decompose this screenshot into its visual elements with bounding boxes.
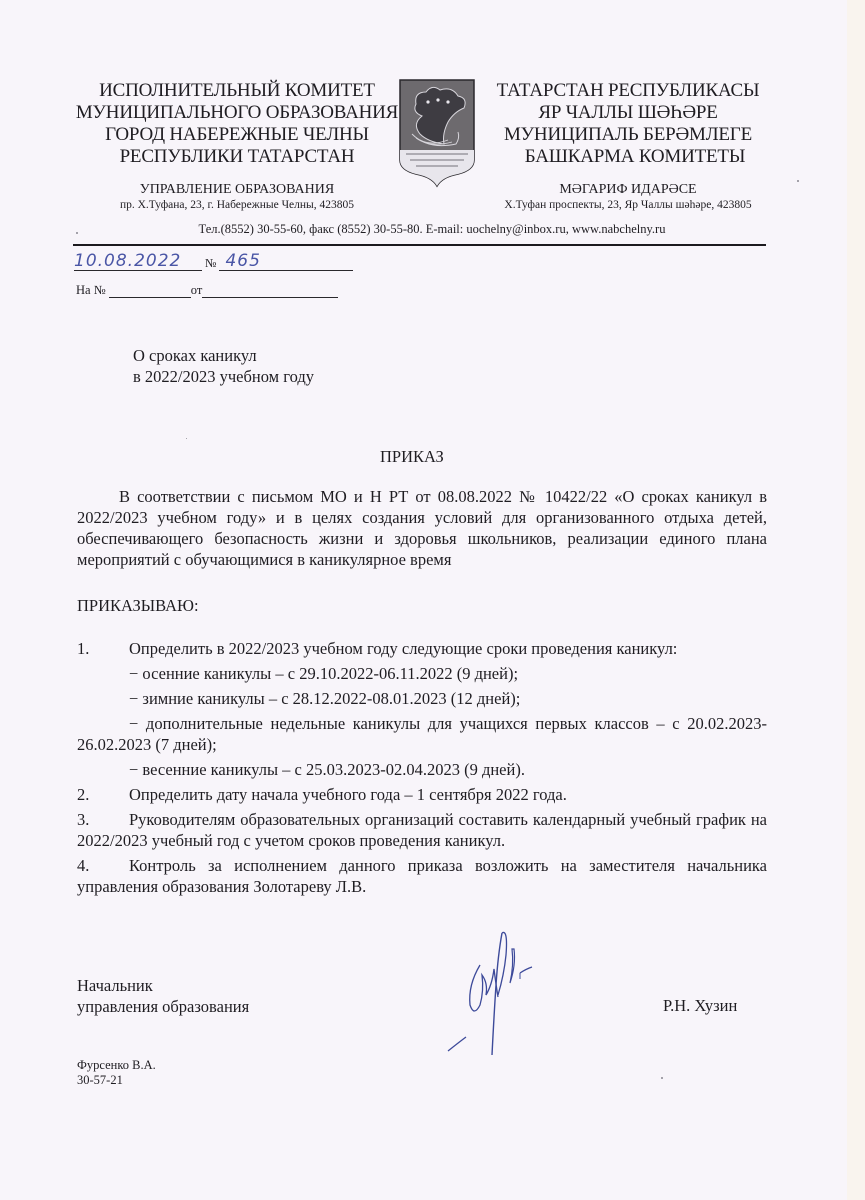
reference-from: от [191,283,203,297]
order-item-1: 1. Определить в 2022/2023 учебном году с… [77,638,767,659]
item-number: 1. [77,638,129,659]
contact-info: Тел.(8552) 30-55-60, факс (8552) 30-55-8… [72,222,792,237]
order-item-3: 3.Руководителям образовательных организа… [77,809,767,851]
registration-number: 465 [219,252,353,271]
holiday-spring: − весенние каникулы – с 25.03.2023-02.04… [77,759,767,780]
scan-speck [797,180,799,182]
holiday-first-grade: − дополнительные недельные каникулы для … [77,713,767,755]
item-text: Контроль за исполнением данного приказа … [77,856,767,896]
reference-line: На № от [76,283,338,298]
scan-speck [76,232,78,234]
item-number: 3. [77,809,129,830]
department-address: Х.Туфан проспекты, 23, Яр Чаллы шәһәре, … [478,198,778,212]
order-item-4: 4.Контроль за исполнением данного приказ… [77,855,767,897]
department-address: пр. Х.Туфана, 23, г. Набережные Челны, 4… [72,198,402,212]
org-line: ГОРОД НАБЕРЕЖНЫЕ ЧЕЛНЫ [72,124,402,146]
item-number: 4. [77,855,129,876]
item-text: Руководителям образовательных организаци… [77,810,767,850]
scan-speck [186,438,187,439]
coat-of-arms-icon [398,78,476,188]
number-sign: № [202,256,219,270]
order-word: ПРИКАЗЫВАЮ: [77,596,199,616]
page-edge [847,0,865,1200]
scan-speck [661,1077,663,1079]
subject: О сроках каникул в 2022/2023 учебном год… [133,345,314,387]
department-name: УПРАВЛЕНИЕ ОБРАЗОВАНИЯ [72,182,402,198]
letterhead-left: ИСПОЛНИТЕЛЬНЫЙ КОМИТЕТ МУНИЦИПАЛЬНОГО ОБ… [72,80,402,212]
registration-date: 10.08.2022 [74,252,202,271]
document-title: ПРИКАЗ [380,447,444,467]
reference-number-blank [109,285,191,298]
org-line: ИСПОЛНИТЕЛЬНЫЙ КОМИТЕТ [72,80,402,102]
holiday-winter: − зимние каникулы – с 28.12.2022-08.01.2… [77,688,767,709]
letterhead-divider [73,244,766,246]
signer-name: Р.Н. Хузин [663,996,737,1016]
org-line: МУНИЦИПАЛЬНОГО ОБРАЗОВАНИЯ [72,102,402,124]
department-name: МӘГАРИФ ИДАРӘСЕ [478,182,778,198]
subject-line: О сроках каникул [133,345,314,366]
registration-line: 10.08.2022№465 [74,252,353,274]
org-line: РЕСПУБЛИКИ ТАТАРСТАН [72,146,402,168]
reference-date-blank [202,285,338,298]
handwritten-signature-icon [440,925,560,1060]
position-line: Начальник [77,975,249,996]
executor-phone: 30-57-21 [77,1073,156,1088]
signer-position: Начальник управления образования [77,975,249,1017]
order-items: 1. Определить в 2022/2023 учебном году с… [77,638,767,901]
org-line: ЯР ЧАЛЛЫ ШӘҺӘРЕ [478,102,778,124]
letterhead-right: ТАТАРСТАН РЕСПУБЛИКАСЫ ЯР ЧАЛЛЫ ШӘҺӘРЕ М… [478,80,778,212]
reference-prefix: На № [76,283,106,297]
preamble: В соответствии с письмом МО и Н РТ от 08… [77,486,767,570]
executor-name: Фурсенко В.А. [77,1058,156,1073]
subject-line: в 2022/2023 учебном году [133,366,314,387]
item-text: Определить в 2022/2023 учебном году след… [129,638,767,659]
executor: Фурсенко В.А. 30-57-21 [77,1058,156,1088]
org-line: ТАТАРСТАН РЕСПУБЛИКАСЫ [478,80,778,102]
org-line: МУНИЦИПАЛЬ БЕРӘМЛЕГЕ [478,124,778,146]
org-line: БАШКАРМА КОМИТЕТЫ [478,146,778,168]
item-number: 2. [77,784,129,805]
order-item-2: 2. Определить дату начала учебного года … [77,784,767,805]
position-line: управления образования [77,996,249,1017]
holiday-autumn: − осенние каникулы – с 29.10.2022-06.11.… [77,663,767,684]
item-text: Определить дату начала учебного года – 1… [129,784,767,805]
